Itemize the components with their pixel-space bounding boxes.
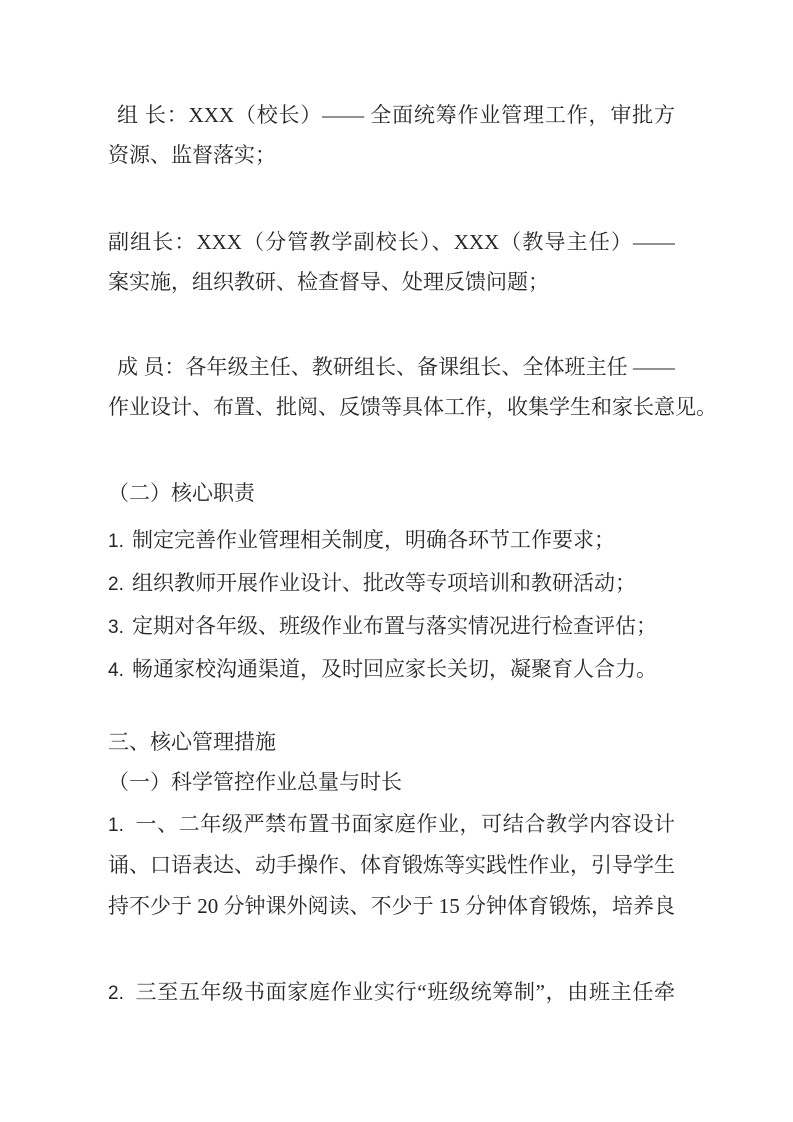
list-number: 4. [108,649,132,692]
duties-list: 1. 制定完善作业管理相关制度，明确各环节工作要求； 2. 组织教师开展作业设计… [108,519,675,691]
text-line: 诵、口语表达、动手操作、体育锻炼等实践性作业，引导学生每天坚 [108,845,675,886]
document-content: 组 长：XXX（校长）—— 全面统筹作业管理工作，审批方案、协调 资源、监督落实… [0,0,793,1012]
list-item-text: 定期对各年级、班级作业布置与落实情况进行检查评估； [132,605,657,648]
text-run: 一、二年级严禁布置书面家庭作业，可结合教学内容设计听读背 [108,812,675,845]
text-line: 1.一、二年级严禁布置书面家庭作业，可结合教学内容设计听读背 [108,804,675,845]
list-number: 1. [108,815,124,836]
text-line: 2.三至五年级书面家庭作业实行“班级统筹制”，由班主任牵头建立 [108,972,675,1012]
heading-section-three: 三、核心管理措施 [108,722,675,762]
list-item: 2. 组织教师开展作业设计、批改等专项培训和教研活动； [108,562,675,605]
text-run: 三至五年级书面家庭作业实行“班级统筹制”，由班主任牵头建立 [108,980,675,1012]
list-item-text: 组织教师开展作业设计、批改等专项培训和教研活动； [132,562,636,605]
list-item: 4. 畅通家校沟通渠道，及时回应家长关切，凝聚育人合力。 [108,648,675,691]
text-line: 案实施，组织教研、检查督导、处理反馈问题； [108,262,675,302]
document-page: 组 长：XXX（校长）—— 全面统筹作业管理工作，审批方案、协调 资源、监督落实… [0,0,793,1122]
paragraph-deputy-leader: 副组长：XXX（分管教学副校长）、XXX（教导主任）—— 具体负责方 案实施，组… [108,222,675,302]
text-line: 作业设计、布置、批阅、反馈等具体工作，收集学生和家长意见。 [108,387,675,427]
heading-measure-one: （一）科学管控作业总量与时长 [108,762,675,802]
list-number: 2. [108,563,132,606]
list-item: 3. 定期对各年级、班级作业布置与落实情况进行检查评估； [108,605,675,648]
paragraph-members: 成 员：各年级主任、教研组长、备课组长、全体班主任 —— 落实 作业设计、布置、… [108,347,675,427]
list-item-text: 畅通家校沟通渠道，及时回应家长关切，凝聚育人合力。 [132,648,657,691]
text-line: 副组长：XXX（分管教学副校长）、XXX（教导主任）—— 具体负责方 [108,222,675,262]
paragraph-grade-3-5: 2.三至五年级书面家庭作业实行“班级统筹制”，由班主任牵头建立 [108,972,675,1012]
list-item-text: 制定完善作业管理相关制度，明确各环节工作要求； [132,519,615,562]
paragraph-grade-1-2: 1.一、二年级严禁布置书面家庭作业，可结合教学内容设计听读背 诵、口语表达、动手… [108,804,675,927]
list-number: 3. [108,606,132,649]
heading-core-duties: （二）核心职责 [108,473,675,513]
list-number: 1. [108,520,132,563]
text-line: 持不少于 20 分钟课外阅读、不少于 15 分钟体育锻炼，培养良好习惯。 [108,886,675,927]
text-line: 资源、监督落实； [108,135,675,175]
text-line: 组 长：XXX（校长）—— 全面统筹作业管理工作，审批方案、协调 [108,95,675,135]
list-item: 1. 制定完善作业管理相关制度，明确各环节工作要求； [108,519,675,562]
text-line: 成 员：各年级主任、教研组长、备课组长、全体班主任 —— 落实 [108,347,675,387]
list-number: 2. [108,983,124,1004]
paragraph-group-leader: 组 长：XXX（校长）—— 全面统筹作业管理工作，审批方案、协调 资源、监督落实… [108,95,675,175]
